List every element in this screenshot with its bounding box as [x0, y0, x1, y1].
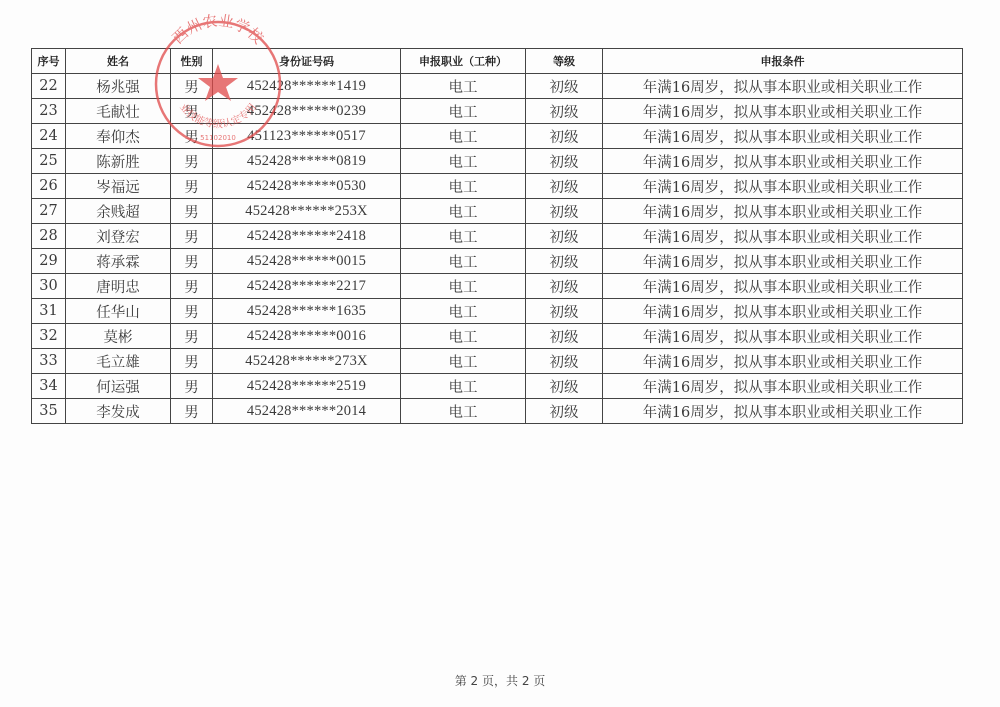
cell-level: 初级	[526, 349, 603, 374]
cell-occupation: 电工	[401, 349, 526, 374]
cell-no: 28	[32, 224, 66, 249]
table-row: 26岑福远男452428******0530电工初级年满16周岁，拟从事本职业或…	[32, 174, 963, 199]
cell-no: 25	[32, 149, 66, 174]
table-row: 25陈新胜男452428******0819电工初级年满16周岁，拟从事本职业或…	[32, 149, 963, 174]
cell-condition: 年满16周岁，拟从事本职业或相关职业工作	[603, 299, 963, 324]
cell-level: 初级	[526, 274, 603, 299]
cell-occupation: 电工	[401, 299, 526, 324]
cell-no: 26	[32, 174, 66, 199]
cell-gender: 男	[171, 374, 213, 399]
cell-id-number: 452428******2014	[213, 399, 401, 424]
cell-level: 初级	[526, 299, 603, 324]
cell-gender: 男	[171, 224, 213, 249]
cell-no: 32	[32, 324, 66, 349]
cell-id-number: 452428******1419	[213, 74, 401, 99]
cell-occupation: 电工	[401, 74, 526, 99]
cell-occupation: 电工	[401, 199, 526, 224]
cell-no: 23	[32, 99, 66, 124]
cell-name: 蒋承霖	[66, 249, 171, 274]
cell-condition: 年满16周岁，拟从事本职业或相关职业工作	[603, 399, 963, 424]
cell-name: 毛立雄	[66, 349, 171, 374]
table-row: 24奉仰杰男451123******0517电工初级年满16周岁，拟从事本职业或…	[32, 124, 963, 149]
table-header-row: 序号 姓名 性别 身份证号码 申报职业（工种） 等级 申报条件	[32, 49, 963, 74]
cell-name: 何运强	[66, 374, 171, 399]
cell-condition: 年满16周岁，拟从事本职业或相关职业工作	[603, 149, 963, 174]
cell-level: 初级	[526, 399, 603, 424]
cell-id-number: 452428******0016	[213, 324, 401, 349]
cell-occupation: 电工	[401, 124, 526, 149]
cell-level: 初级	[526, 374, 603, 399]
table-row: 35李发成男452428******2014电工初级年满16周岁，拟从事本职业或…	[32, 399, 963, 424]
cell-condition: 年满16周岁，拟从事本职业或相关职业工作	[603, 124, 963, 149]
cell-gender: 男	[171, 249, 213, 274]
cell-no: 31	[32, 299, 66, 324]
cell-gender: 男	[171, 299, 213, 324]
cell-level: 初级	[526, 174, 603, 199]
cell-condition: 年满16周岁，拟从事本职业或相关职业工作	[603, 324, 963, 349]
cell-name: 杨兆强	[66, 74, 171, 99]
cell-name: 毛献壮	[66, 99, 171, 124]
cell-name: 陈新胜	[66, 149, 171, 174]
cell-name: 奉仰杰	[66, 124, 171, 149]
stamp-top-text: 西州农业学校	[169, 12, 268, 48]
cell-condition: 年满16周岁，拟从事本职业或相关职业工作	[603, 174, 963, 199]
table-row: 31任华山男452428******1635电工初级年满16周岁，拟从事本职业或…	[32, 299, 963, 324]
table-row: 23毛献壮男452428******0239电工初级年满16周岁，拟从事本职业或…	[32, 99, 963, 124]
table-row: 33毛立雄男452428******273X电工初级年满16周岁，拟从事本职业或…	[32, 349, 963, 374]
cell-condition: 年满16周岁，拟从事本职业或相关职业工作	[603, 274, 963, 299]
cell-no: 27	[32, 199, 66, 224]
cell-gender: 男	[171, 199, 213, 224]
cell-occupation: 电工	[401, 224, 526, 249]
cell-occupation: 电工	[401, 274, 526, 299]
cell-name: 莫彬	[66, 324, 171, 349]
cell-occupation: 电工	[401, 99, 526, 124]
cell-level: 初级	[526, 149, 603, 174]
table-row: 28刘登宏男452428******2418电工初级年满16周岁，拟从事本职业或…	[32, 224, 963, 249]
cell-condition: 年满16周岁，拟从事本职业或相关职业工作	[603, 249, 963, 274]
cell-id-number: 452428******1635	[213, 299, 401, 324]
cell-occupation: 电工	[401, 399, 526, 424]
cell-id-number: 452428******253X	[213, 199, 401, 224]
cell-level: 初级	[526, 74, 603, 99]
cell-gender: 男	[171, 274, 213, 299]
cell-level: 初级	[526, 249, 603, 274]
table-row: 30唐明忠男452428******2217电工初级年满16周岁，拟从事本职业或…	[32, 274, 963, 299]
cell-gender: 男	[171, 324, 213, 349]
cell-condition: 年满16周岁，拟从事本职业或相关职业工作	[603, 74, 963, 99]
cell-gender: 男	[171, 349, 213, 374]
header-condition: 申报条件	[603, 49, 963, 74]
cell-condition: 年满16周岁，拟从事本职业或相关职业工作	[603, 199, 963, 224]
roster-body: 22杨兆强男452428******1419电工初级年满16周岁，拟从事本职业或…	[32, 74, 963, 424]
cell-occupation: 电工	[401, 149, 526, 174]
document-page: 序号 姓名 性别 身份证号码 申报职业（工种） 等级 申报条件 22杨兆强男45…	[0, 0, 1000, 707]
header-no: 序号	[32, 49, 66, 74]
table-row: 34何运强男452428******2519电工初级年满16周岁，拟从事本职业或…	[32, 374, 963, 399]
cell-gender: 男	[171, 124, 213, 149]
cell-level: 初级	[526, 124, 603, 149]
cell-level: 初级	[526, 99, 603, 124]
cell-name: 李发成	[66, 399, 171, 424]
svg-text:西州农业学校: 西州农业学校	[169, 12, 268, 48]
cell-occupation: 电工	[401, 249, 526, 274]
cell-no: 29	[32, 249, 66, 274]
cell-id-number: 452428******2418	[213, 224, 401, 249]
cell-level: 初级	[526, 199, 603, 224]
cell-gender: 男	[171, 74, 213, 99]
cell-condition: 年满16周岁，拟从事本职业或相关职业工作	[603, 374, 963, 399]
cell-gender: 男	[171, 99, 213, 124]
header-name: 姓名	[66, 49, 171, 74]
table-row: 27余贱超男452428******253X电工初级年满16周岁，拟从事本职业或…	[32, 199, 963, 224]
cell-id-number: 452428******2519	[213, 374, 401, 399]
table-row: 29蒋承霖男452428******0015电工初级年满16周岁，拟从事本职业或…	[32, 249, 963, 274]
cell-level: 初级	[526, 224, 603, 249]
header-occupation: 申报职业（工种）	[401, 49, 526, 74]
cell-condition: 年满16周岁，拟从事本职业或相关职业工作	[603, 99, 963, 124]
cell-condition: 年满16周岁，拟从事本职业或相关职业工作	[603, 349, 963, 374]
cell-occupation: 电工	[401, 324, 526, 349]
cell-name: 余贱超	[66, 199, 171, 224]
header-gender: 性别	[171, 49, 213, 74]
roster-table: 序号 姓名 性别 身份证号码 申报职业（工种） 等级 申报条件 22杨兆强男45…	[31, 48, 963, 424]
cell-name: 唐明忠	[66, 274, 171, 299]
cell-name: 刘登宏	[66, 224, 171, 249]
cell-id-number: 452428******0530	[213, 174, 401, 199]
cell-condition: 年满16周岁，拟从事本职业或相关职业工作	[603, 224, 963, 249]
cell-occupation: 电工	[401, 374, 526, 399]
table-row: 32莫彬男452428******0016电工初级年满16周岁，拟从事本职业或相…	[32, 324, 963, 349]
cell-gender: 男	[171, 174, 213, 199]
cell-occupation: 电工	[401, 174, 526, 199]
cell-no: 22	[32, 74, 66, 99]
cell-id-number: 452428******0239	[213, 99, 401, 124]
cell-name: 任华山	[66, 299, 171, 324]
header-level: 等级	[526, 49, 603, 74]
cell-no: 33	[32, 349, 66, 374]
cell-no: 24	[32, 124, 66, 149]
cell-level: 初级	[526, 324, 603, 349]
cell-no: 30	[32, 274, 66, 299]
page-footer: 第 2 页，共 2 页	[0, 672, 1000, 689]
cell-id-number: 452428******2217	[213, 274, 401, 299]
header-id-number: 身份证号码	[213, 49, 401, 74]
cell-name: 岑福远	[66, 174, 171, 199]
cell-id-number: 452428******0015	[213, 249, 401, 274]
cell-id-number: 452428******273X	[213, 349, 401, 374]
cell-no: 34	[32, 374, 66, 399]
cell-id-number: 451123******0517	[213, 124, 401, 149]
cell-gender: 男	[171, 149, 213, 174]
table-row: 22杨兆强男452428******1419电工初级年满16周岁，拟从事本职业或…	[32, 74, 963, 99]
cell-id-number: 452428******0819	[213, 149, 401, 174]
cell-gender: 男	[171, 399, 213, 424]
cell-no: 35	[32, 399, 66, 424]
